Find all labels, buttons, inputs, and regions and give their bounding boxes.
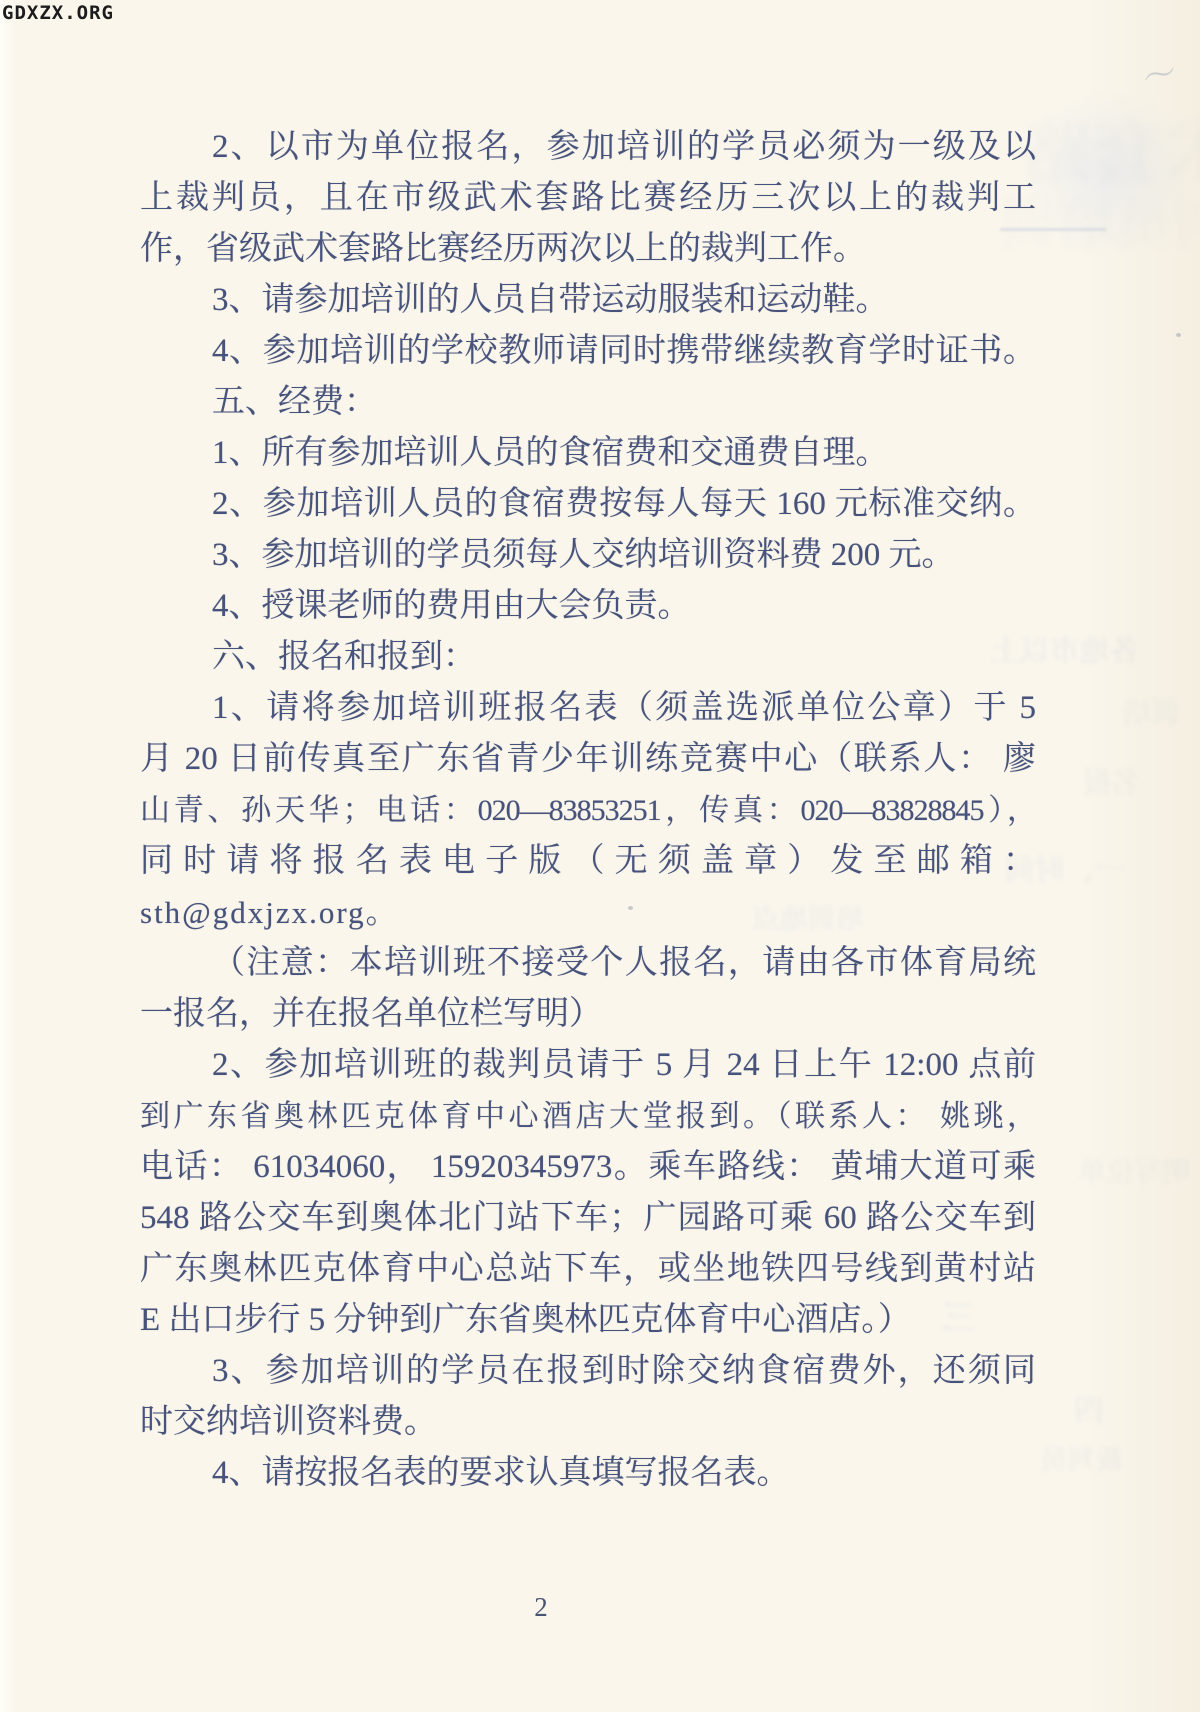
- text-line: 到广东省奥林匹克体育中心酒店大堂报到。（联系人： 姚珧，: [140, 1091, 1036, 1142]
- text-line: 2、参加培训人员的食宿费按每人每天 160 元标准交纳。: [140, 479, 1036, 530]
- email-text: sth@gdxjzx.org。: [140, 887, 1036, 938]
- text-line: 同时请将报名表电子版（无须盖章）发至邮箱：: [140, 836, 1036, 887]
- document-body: 2、以市为单位报名，参加培训的学员必须为一级及以 上裁判员，且在市级武术套路比赛…: [140, 122, 1036, 1499]
- text-line: 时交纳培训资料费。: [140, 1397, 1036, 1448]
- bleedthrough-text: 四: [1074, 1386, 1104, 1430]
- text-line: 1、请将参加培训班报名表（须盖选派单位公章）于 5: [140, 683, 1036, 734]
- bleedthrough-text: 明写位单: [1078, 1150, 1190, 1190]
- text-line: 3、参加培训的学员须每人交纳培训资料费 200 元。: [140, 530, 1036, 581]
- text-line: 作，省级武术套路比赛经历两次以上的裁判工作。: [140, 224, 1036, 275]
- text-line: 548 路公交车到奥体北门站下车；广园路可乘 60 路公交车到: [140, 1193, 1036, 1244]
- bleedthrough-text: 训培: [1122, 688, 1182, 732]
- bleedthrough-text: 名报: [1082, 758, 1142, 802]
- text-line: 六、报名和报到：: [140, 632, 1036, 683]
- text-line: E 出口步行 5 分钟到广东省奥林匹克体育中心酒店。）: [140, 1295, 1036, 1346]
- text-line: 4、请按报名表的要求认真填写报名表。: [140, 1448, 1036, 1499]
- text-line: 电话： 61034060， 15920345973。乘车路线： 黄埔大道可乘: [140, 1142, 1036, 1193]
- text-line: 4、参加培训的学校教师请同时携带继续教育学时证书。: [140, 326, 1036, 377]
- text-line: 一报名，并在报名单位栏写明）: [140, 989, 1036, 1040]
- scan-edge-highlight: [0, 0, 16, 1712]
- scan-speck: [1176, 333, 1181, 337]
- page-number: 2: [0, 1592, 1082, 1623]
- text-line: 上裁判员，且在市级武术套路比赛经历三次以上的裁判工: [140, 173, 1036, 224]
- text-line: 2、以市为单位报名，参加培训的学员必须为一级及以: [140, 122, 1036, 173]
- text-line: 3、请参加培训的人员自带运动服装和运动鞋。: [140, 275, 1036, 326]
- text-line: 1、所有参加培训人员的食宿费和交通费自理。: [140, 428, 1036, 479]
- text-line: 3、参加培训的学员在报到时除交纳食宿费外，还须同: [140, 1346, 1036, 1397]
- text-line: 2、参加培训班的裁判员请于 5 月 24 日上午 12:00 点前: [140, 1040, 1036, 1091]
- text-line: （注意：本培训班不接受个人报名，请由各市体育局统: [140, 938, 1036, 989]
- text-line: 月 20 日前传真至广东省青少年训练竞赛中心（联系人： 廖: [140, 734, 1036, 785]
- text-line: 4、授课老师的费用由大会负责。: [140, 581, 1036, 632]
- bleedthrough-text: 裁判员: [1040, 1438, 1124, 1478]
- watermark-text: GDXZX.ORG: [2, 2, 114, 24]
- text-line: 五、经费：: [140, 377, 1036, 428]
- text-line: 广东奥林匹克体育中心总站下车，或坐地铁四号线到黄村站: [140, 1244, 1036, 1295]
- text-line: 山青、孙天华；电话：020—83853251，传真：020—83828845），: [140, 785, 1036, 836]
